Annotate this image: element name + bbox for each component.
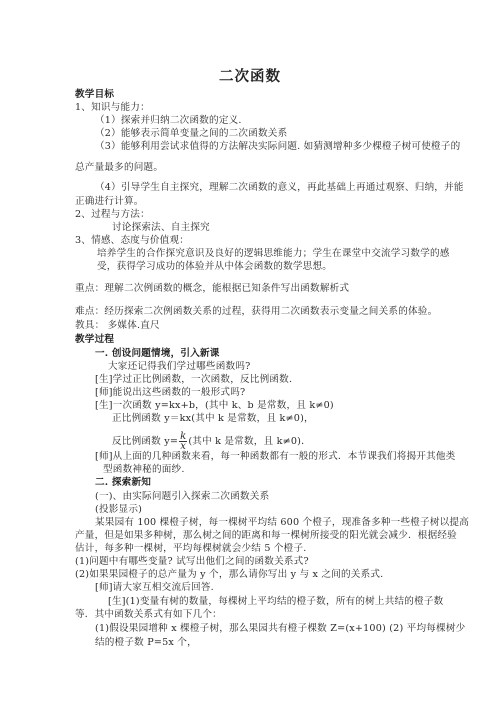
teaching-process-heading: 教学过程	[75, 334, 114, 346]
inverse-prefix: 反比例函数 y=	[112, 436, 178, 447]
knowledge-item-3: （3）能够利用尝试求值得的方法解决实际问题. 如猜测增种多少棵橙子树可使橙子的	[95, 141, 460, 153]
key-point: 重点：理解二次例函数的概念，能根据已知条件写出函数解析式	[75, 283, 349, 295]
answer-line-3: (1)假设果园增种 x 棵橙子树，那么果园共有橙子棵数 Z=(x+100) (2…	[95, 623, 465, 635]
emotion-heading: 3、情感、态度与价值观：	[75, 235, 189, 247]
part1-line-5: 正比例函数 y＝kx(其中 k 是常数，且 k≠0)，	[112, 413, 314, 425]
part1-line-3: [师]能说出这些函数的一般形式吗?	[95, 387, 245, 399]
inverse-suffix: (其中 k 是常数，且 k≠0)．	[188, 436, 311, 447]
difficulty: 难点：经历探索二次例函数关系的过程，获得用二次函数表示变量之间关系的体验。	[75, 306, 437, 318]
teacher-line-2: 型函数神秘的面纱.	[103, 464, 185, 476]
knowledge-item-3-cont: 总产量最多的问题。	[75, 162, 163, 174]
process-text: 讨论探索法、自主探究	[112, 222, 210, 234]
part1-heading: 一. 创设问题情境，引入新课	[95, 348, 220, 360]
document-title: 二次函数	[0, 65, 500, 86]
knowledge-item-4: （4）引导学生自主探究，理解二次函数的意义，再此基础上再通过观察、归纳，并能	[95, 182, 464, 194]
problem-line-2: 产量，但是如果多种树，那么树之间的距离和每一棵树所接受的阳光就会减少．根据经验	[75, 530, 457, 542]
process-heading: 2、过程与方法：	[75, 209, 150, 221]
teacher-prompt: [师]请大家互相交流后回答.	[95, 582, 214, 594]
answer-line-4: 结的橙子数 P=5x 个，	[95, 637, 197, 649]
question-2: (2)如果果园橙子的总产量为 y 个，那么请你写出 y 与 x 之间的关系式.	[75, 569, 383, 581]
teacher-line-1: [师]从上面的几种函数来看，每一种函数都有一般的形式．本节课我们将揭开其他类	[95, 451, 455, 463]
inverse-proportion-line: 反比例函数 y=kx(其中 k 是常数，且 k≠0)．	[112, 432, 311, 451]
tools: 教具： 多媒体.直尺	[75, 320, 160, 332]
objectives-heading: 教学目标	[75, 89, 114, 101]
part2-subheading: (一)、由实际问题引入探索二次函数关系	[95, 491, 269, 503]
knowledge-item-1: （1）探索并归纳二次函数的定义.	[95, 115, 242, 127]
part1-line-1: 大家还记得我们学过哪些函数吗?	[108, 361, 250, 373]
knowledge-heading: 1、知识与能力：	[75, 102, 150, 114]
emotion-line-2: 受，获得学习成功的体验并从中体会函数的数学思想。	[97, 261, 332, 273]
fraction-denominator: x	[179, 442, 187, 451]
part1-line-4: [生]一次函数 y=kx+b，(其中 k、b 是常数，且 k≠0)	[95, 400, 334, 412]
emotion-line-1: 培养学生的合作探究意识及良好的逻辑思维能力；学生在课堂中交流学习数学的感	[97, 248, 450, 260]
problem-line-1: 某果园有 100 棵橙子树，每一棵树平均结 600 个橙子，现准备多种一些橙子树…	[95, 517, 469, 529]
part1-line-2: [生]学过正比例函数，一次函数，反比例函数.	[95, 374, 292, 386]
question-1: (1)问题中有哪些变量? 试写出他们之间的函数关系式?	[75, 556, 309, 568]
problem-line-3: 估计，每多种一棵树，平均每棵树就会少结 5 个橙子.	[75, 543, 307, 555]
fraction-k-over-x: kx	[179, 432, 187, 451]
knowledge-item-2: （2）能够表示简单变量之间的二次函数关系	[95, 128, 287, 140]
projection-note: (投影显示)	[95, 504, 142, 516]
document-page: 二次函数 教学目标 1、知识与能力： （1）探索并归纳二次函数的定义. （2）能…	[0, 0, 500, 707]
part2-heading: 二. 探索新知	[95, 477, 151, 489]
knowledge-item-4-cont: 正确进行计算。	[75, 196, 144, 208]
answer-line-2: 等．其中函数关系式有如下几个：	[75, 609, 222, 621]
answer-line-1: [生](1)变量有树的数量，每棵树上平均结的橙子数，所有的树上共结的橙子数	[108, 596, 443, 608]
